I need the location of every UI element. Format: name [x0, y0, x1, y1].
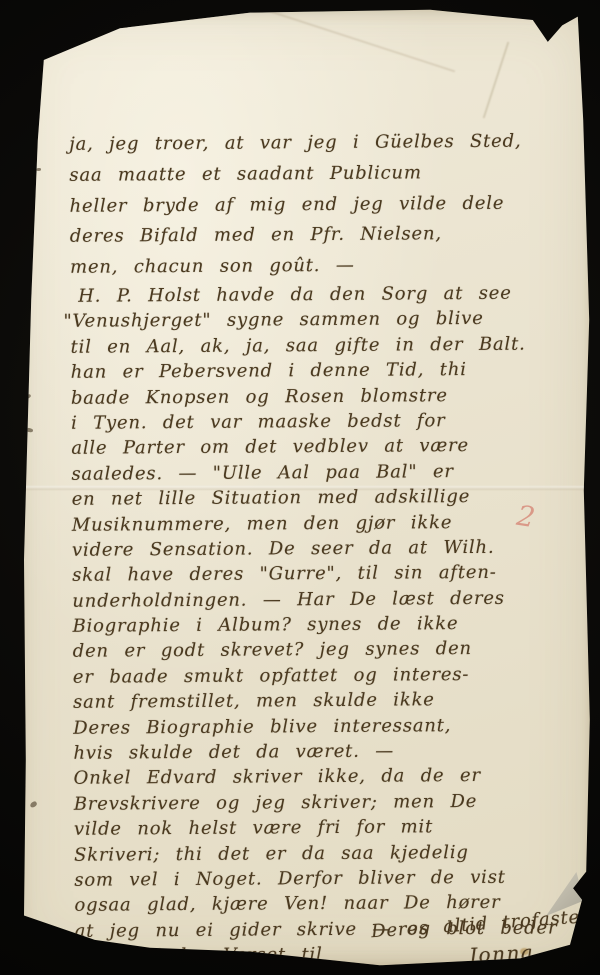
letter-line: ja, jeg troer, at var jeg i Güelbes Sted… [69, 126, 579, 160]
corner-crease [483, 42, 510, 119]
top-crease [255, 6, 455, 73]
letter-line: men, chacun son goût. — [70, 249, 580, 283]
letter-line: sant fremstillet, men skulde ikke [73, 686, 583, 715]
letter-line: Deres Biographie blive interessant, [73, 712, 583, 741]
letter-line: Musiknummere, men den gjør ikke [72, 509, 582, 538]
letter-line: til en Aal, ak, ja, saa gifte in der Bal… [71, 331, 581, 360]
letter-line: heller bryde af mig end jeg vilde dele [70, 188, 580, 222]
letter-line: alle Parter om det vedblev at være [71, 433, 581, 462]
letter-line: som vel i Noget. Derfor bliver de vist [74, 864, 584, 893]
letter-line: Onkel Edvard skriver ikke, da de er [74, 763, 584, 792]
letter-line: Brevskrivere og jeg skriver; men De [74, 788, 584, 817]
letter-signature: Jonna — [469, 939, 565, 968]
letter-line: deres Bifald med en Pfr. Nielsen, [70, 219, 580, 253]
letter-line: han er Pebersvend i denne Tid, thi [71, 356, 581, 385]
ink-bleed-mark [25, 427, 34, 433]
letter-line: i Tyen. det var maaske bedst for [71, 407, 581, 436]
letter-body: ja, jeg troer, at var jeg i Güelbes Sted… [69, 126, 585, 969]
photo-background: ja, jeg troer, at var jeg i Güelbes Sted… [0, 0, 600, 975]
letter-line: videre Sensation. De seer da at Wilh. [72, 534, 582, 563]
letter-line: baade Knopsen og Rosen blomstre [71, 382, 581, 411]
letter-line: Biographie i Album? synes de ikke [72, 610, 582, 639]
ink-bleed-mark [29, 801, 38, 809]
letter-line: "Venushjerget" sygne sammen og blive [63, 306, 580, 335]
letter-line: underholdningen. — Har De læst deres [72, 585, 582, 614]
letter-line: er baade smukt opfattet og interes- [73, 661, 583, 690]
letter-line: Skriveri; thi det er da saa kjedelig [74, 839, 584, 868]
ink-bleed-mark [36, 168, 41, 171]
letter-line: hvis skulde det da været. — [73, 737, 583, 766]
letter-line: skal have deres "Gurre", til sin aften- [72, 560, 582, 589]
letter-line: saa maatte et saadant Publicum [69, 157, 579, 191]
letter-page: ja, jeg troer, at var jeg i Güelbes Sted… [0, 0, 600, 975]
letter-line: en net lille Situation med adskillige [72, 483, 582, 512]
letter-line: den er godt skrevet? jeg synes den [73, 636, 583, 665]
letter-line: saaledes. — "Ulle Aal paa Bal" er [71, 458, 581, 487]
letter-line: vilde nok helst være fri for mit [74, 813, 584, 842]
letter-line: H. P. Holst havde da den Sorg at see [78, 280, 580, 309]
ink-bleed-mark [22, 394, 32, 401]
